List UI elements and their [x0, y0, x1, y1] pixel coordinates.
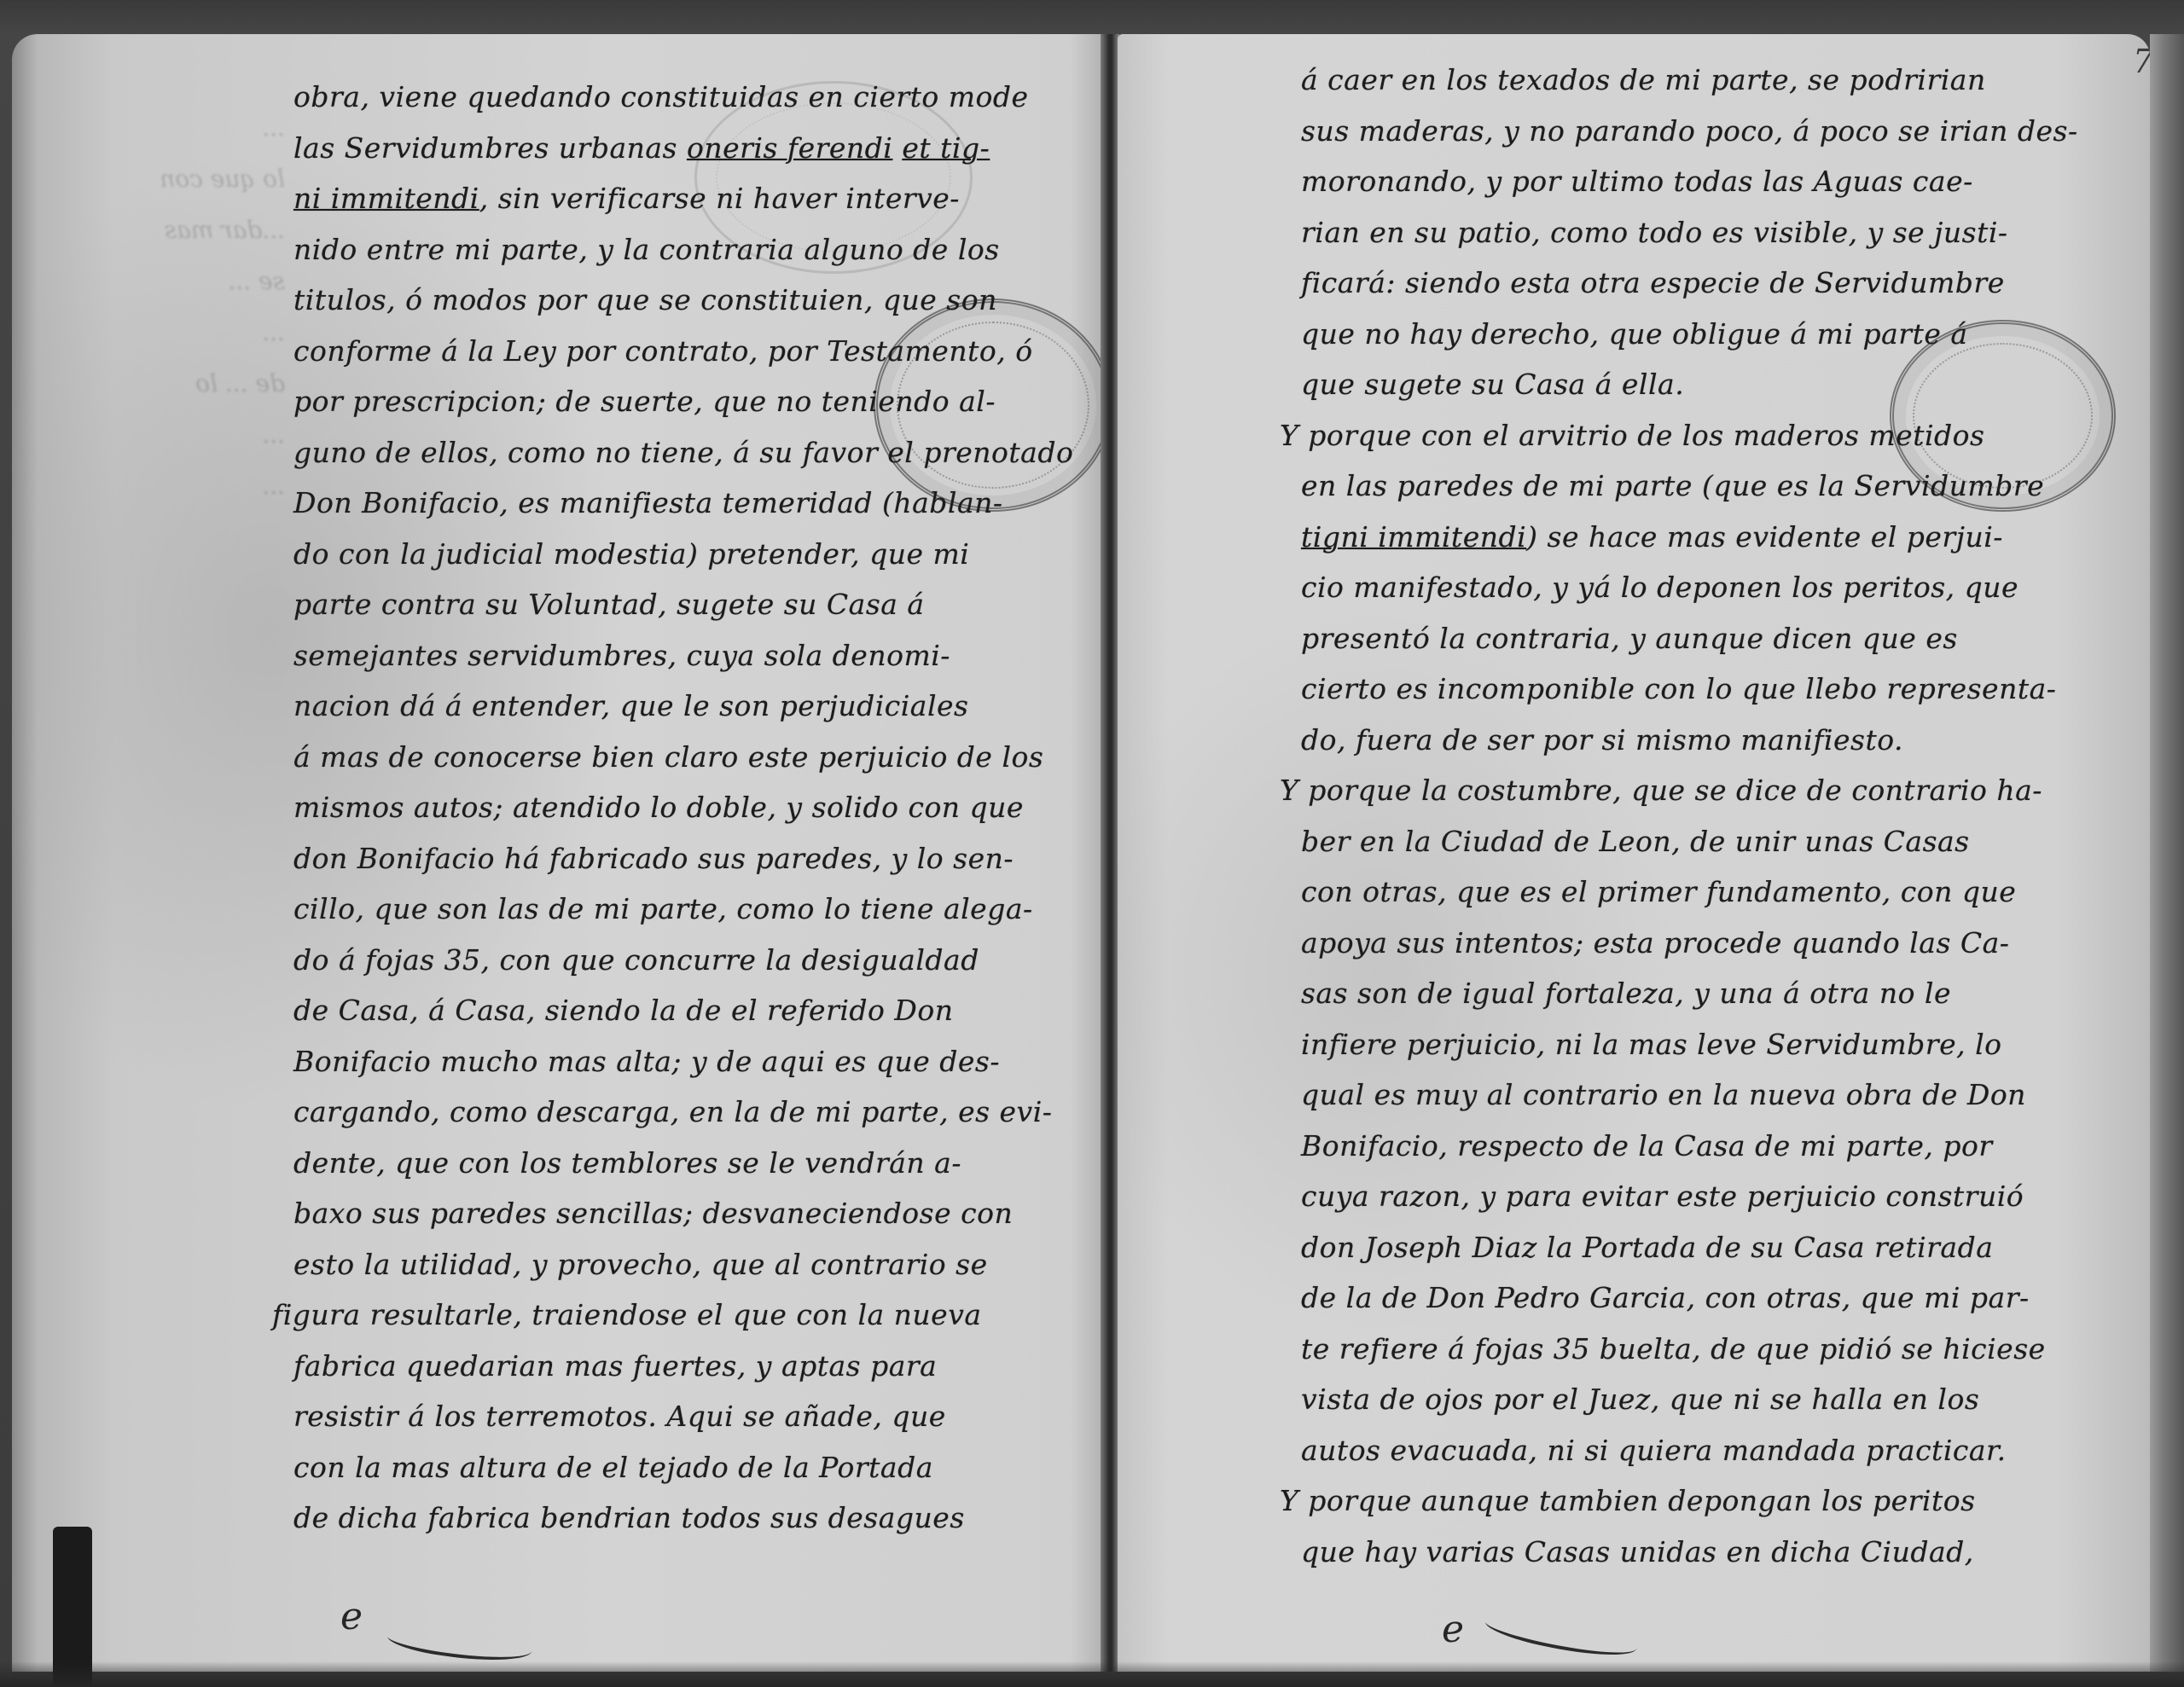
manuscript-line: que hay varias Casas unidas en dicha Ciu… — [1301, 1527, 2129, 1578]
manuscript-line: do á fojas 35, con que concurre la desig… — [293, 935, 1104, 986]
flourish-stroke — [1483, 1605, 1639, 1666]
bleed-line: ... — [63, 307, 285, 358]
bleed-line: ... — [63, 102, 285, 154]
underlined-term: oneris ferendi — [687, 131, 892, 165]
right-page: 75 á caer en los texados de mi parte, se… — [1118, 34, 2150, 1672]
manuscript-line: que no hay derecho, que obligue á mi par… — [1301, 309, 2129, 360]
manuscript-line: autos evacuada, ni si quiera mandada pra… — [1301, 1425, 2129, 1476]
manuscript-line: moronando, y por ultimo todas las Aguas … — [1301, 156, 2129, 207]
right-page-text: á caer en los texados de mi parte, se po… — [1301, 55, 2129, 1577]
manuscript-line: de Casa, á Casa, siendo la de el referid… — [293, 985, 1104, 1036]
manuscript-line: cuya razon, y para evitar este perjuicio… — [1301, 1171, 2129, 1222]
manuscript-line: esto la utilidad, y provecho, que al con… — [293, 1239, 1104, 1290]
manuscript-line: te refiere á fojas 35 buelta, de que pid… — [1301, 1324, 2129, 1375]
manuscript-line: figura resultarle, traiendose el que con… — [272, 1290, 1104, 1341]
bleed-line: lo que con — [63, 154, 285, 205]
manuscript-line: las Servidumbres urbanas oneris ferendi … — [293, 123, 1104, 174]
manuscript-line: de dicha fabrica bendrian todos sus desa… — [293, 1493, 1104, 1544]
underlined-term: tigni immitendi — [1301, 520, 1526, 554]
bleed-line: se ... — [63, 256, 285, 307]
manuscript-line: infiere perjuicio, ni la mas leve Servid… — [1301, 1019, 2129, 1070]
bleed-line: ... — [63, 409, 285, 461]
bleed-line: ... — [63, 461, 285, 512]
manuscript-line: guno de ellos, como no tiene, á su favor… — [293, 427, 1104, 478]
catchword-flourish: e — [1442, 1608, 1464, 1651]
catchword-flourish: e — [340, 1595, 363, 1638]
manuscript-line: sas son de igual fortaleza, y una á otra… — [1301, 968, 2129, 1019]
manuscript-line: de la de Don Pedro Garcia, con otras, qu… — [1301, 1272, 2129, 1324]
manuscript-line: que sugete su Casa á ella. — [1301, 359, 2129, 410]
manuscript-line: cierto es incomponible con lo que llebo … — [1301, 664, 2129, 715]
manuscript-line: semejantes servidumbres, cuya sola denom… — [293, 630, 1104, 681]
underlined-term: et tig- — [902, 131, 990, 165]
scanned-manuscript: ... lo que con ...dar mas se ... ... de … — [0, 0, 2184, 1687]
manuscript-line: dente, que con los temblores se le vendr… — [293, 1138, 1104, 1189]
manuscript-line: con otras, que es el primer fundamento, … — [1301, 867, 2129, 918]
manuscript-line: cillo, que son las de mi parte, como lo … — [293, 884, 1104, 935]
bleed-line: ...dar mas — [63, 205, 285, 256]
manuscript-line: ber en la Ciudad de Leon, de unir unas C… — [1301, 816, 2129, 867]
manuscript-line: obra, viene quedando constituidas en cie… — [293, 72, 1104, 123]
manuscript-line: don Joseph Diaz la Portada de su Casa re… — [1301, 1222, 2129, 1273]
page-edge — [2150, 34, 2184, 1672]
book-gutter — [1101, 34, 1119, 1672]
margin-bleedthrough: ... lo que con ...dar mas se ... ... de … — [63, 102, 285, 512]
scan-bottom-edge — [0, 1661, 2184, 1687]
manuscript-line: titulos, ó modos por que se constituien,… — [293, 275, 1104, 326]
manuscript-line: ficará: siendo esta otra especie de Serv… — [1301, 258, 2129, 309]
manuscript-line: mismos autos; atendido lo doble, y solid… — [293, 782, 1104, 833]
left-page: ... lo que con ...dar mas se ... ... de … — [12, 34, 1106, 1672]
manuscript-line: rian en su patio, como todo es visible, … — [1301, 207, 2129, 258]
manuscript-line: Don Bonifacio, es manifiesta temeridad (… — [293, 478, 1104, 529]
manuscript-line: do, fuera de ser por si mismo manifiesto… — [1301, 715, 2129, 766]
manuscript-line: Bonifacio mucho mas alta; y de aqui es q… — [293, 1036, 1104, 1087]
manuscript-line: Bonifacio, respecto de la Casa de mi par… — [1301, 1121, 2129, 1172]
manuscript-line: sus maderas, y no parando poco, á poco s… — [1301, 106, 2129, 157]
manuscript-line: Y porque aunque tambien depongan los per… — [1280, 1475, 2129, 1527]
manuscript-line: presentó la contraria, y aunque dicen qu… — [1301, 613, 2129, 664]
manuscript-line: qual es muy al contrario en la nueva obr… — [1301, 1070, 2129, 1121]
manuscript-line: nacion dá á entender, que le son perjudi… — [293, 681, 1104, 732]
manuscript-line: tigni immitendi) se hace mas evidente el… — [1301, 512, 2129, 563]
manuscript-line: parte contra su Voluntad, sugete su Casa… — [293, 579, 1104, 630]
manuscript-line: con la mas altura de el tejado de la Por… — [293, 1442, 1104, 1493]
manuscript-line: á caer en los texados de mi parte, se po… — [1301, 55, 2129, 106]
manuscript-line: en las paredes de mi parte (que es la Se… — [1301, 461, 2129, 512]
manuscript-line: á mas de conocerse bien claro este perju… — [293, 732, 1104, 783]
left-page-text: obra, viene quedando constituidas en cie… — [293, 72, 1104, 1544]
manuscript-line: conforme á la Ley por contrato, por Test… — [293, 326, 1104, 377]
manuscript-line: fabrica quedarian mas fuertes, y aptas p… — [293, 1341, 1104, 1392]
folio-number: 75 — [2133, 43, 2150, 80]
manuscript-line: do con la judicial modestia) pretender, … — [293, 529, 1104, 580]
manuscript-line: Y porque la costumbre, que se dice de co… — [1280, 765, 2129, 816]
manuscript-line: Y porque con el arvitrio de los maderos … — [1280, 410, 2129, 461]
manuscript-line: por prescripcion; de suerte, que no teni… — [293, 376, 1104, 427]
underlined-term: ni immitendi — [293, 182, 479, 215]
manuscript-line: cio manifestado, y yá lo deponen los per… — [1301, 562, 2129, 613]
manuscript-line: cargando, como descarga, en la de mi par… — [293, 1087, 1104, 1138]
manuscript-line: resistir á los terremotos. Aqui se añade… — [293, 1391, 1104, 1442]
manuscript-line: vista de ojos por el Juez, que ni se hal… — [1301, 1374, 2129, 1425]
manuscript-line: apoya sus intentos; esta procede quando … — [1301, 918, 2129, 969]
manuscript-line: nido entre mi parte, y la contraria algu… — [293, 224, 1104, 275]
manuscript-line: ni immitendi, sin verificarse ni haver i… — [293, 173, 1104, 224]
bleed-line: de ... lo — [63, 358, 285, 409]
manuscript-line: don Bonifacio há fabricado sus paredes, … — [293, 833, 1104, 884]
manuscript-line: baxo sus paredes sencillas; desvaneciend… — [293, 1188, 1104, 1239]
